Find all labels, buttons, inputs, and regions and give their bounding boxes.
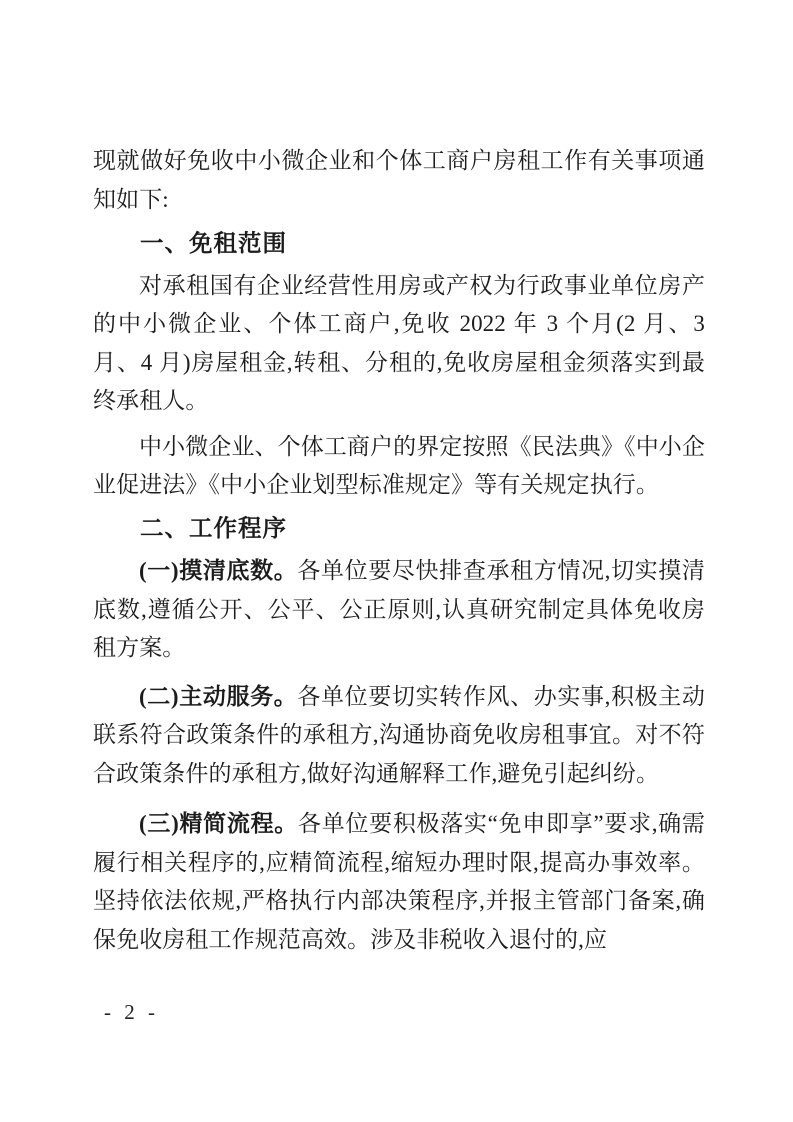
document-body: 现就做好免收中小微企业和个体工商户房租工作有关事项通知如下: 一、免租范围 对承… [93,142,705,959]
document-page: 现就做好免收中小微企业和个体工商户房租工作有关事项通知如下: 一、免租范围 对承… [0,0,793,1122]
section-2-heading: 二、工作程序 [93,509,705,548]
section-1-heading: 一、免租范围 [93,224,705,263]
section-2-item-2: (二)主动服务。各单位要切实转作风、办实事,积极主动联系符合政策条件的承租方,沟… [93,678,705,794]
section-2-item-2-title: (二)主动服务。 [139,684,297,709]
section-2-item-1: (一)摸清底数。各单位要尽快排查承租方情况,切实摸清底数,遵循公开、公平、公正原… [93,552,705,668]
intro-paragraph: 现就做好免收中小微企业和个体工商户房租工作有关事项通知如下: [93,142,705,219]
section-2-item-3: (三)精简流程。各单位要积极落实“免申即享”要求,确需履行相关程序的,应精简流程… [93,805,705,959]
section-2-item-1-title: (一)摸清底数。 [139,558,297,583]
section-1-paragraph-1: 对承租国有企业经营性用房或产权为行政事业单位房产的中小微企业、个体工商户,免收 … [93,267,705,421]
section-1-paragraph-2: 中小微企业、个体工商户的界定按照《民法典》《中小企业促进法》《中小企业划型标准规… [93,428,705,505]
page-number: - 2 - [104,998,159,1026]
section-2-item-3-title: (三)精简流程。 [139,811,298,836]
